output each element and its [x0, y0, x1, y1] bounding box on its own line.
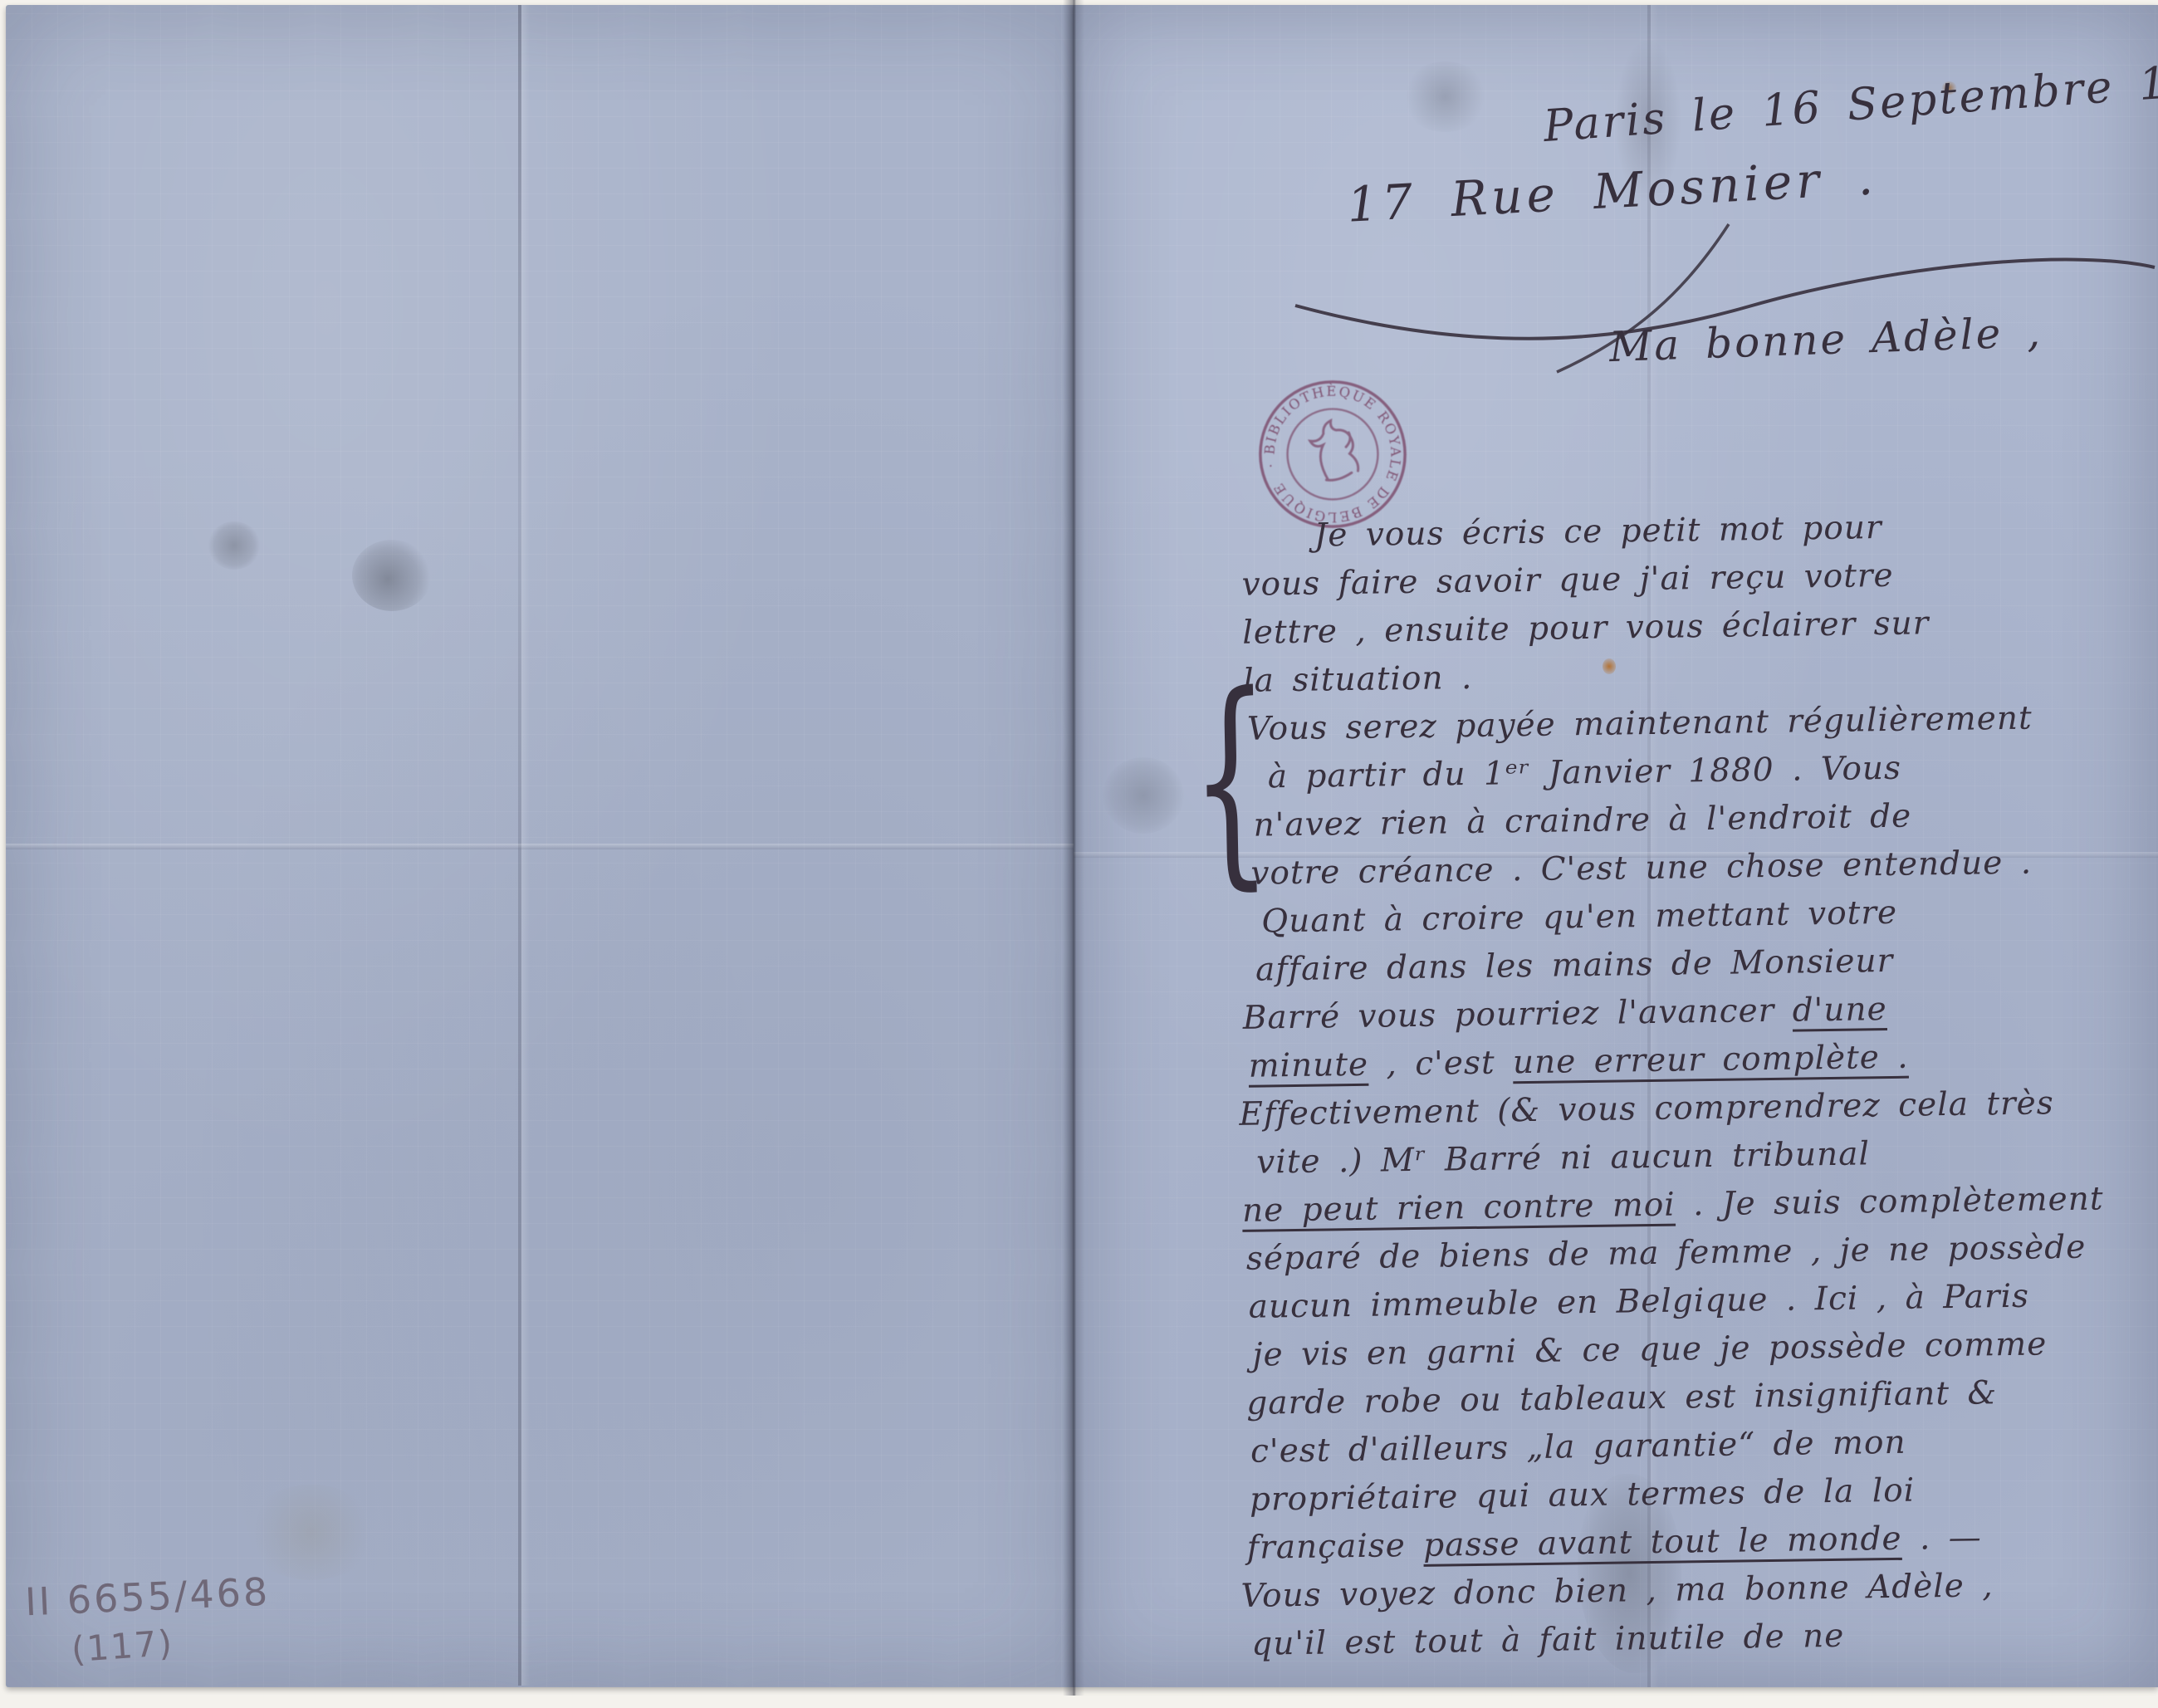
center-fold — [1063, 0, 1084, 1696]
stain — [1402, 61, 1489, 132]
stain — [208, 521, 261, 570]
fold-crease-horizontal-left — [6, 844, 1074, 849]
address-flourish — [1237, 199, 2158, 415]
copy-number: (117) — [70, 1622, 174, 1670]
letter-body: Je vous écris ce petit mot pourvous fair… — [1240, 500, 2158, 1668]
scanned-letter: · BIBLIOTHÈQUE ROYALE DE BELGIQUE Paris … — [0, 0, 2158, 1708]
stain — [352, 540, 432, 611]
stamp-lion-icon — [1306, 416, 1361, 483]
stain — [1103, 757, 1184, 834]
stain — [245, 1485, 378, 1580]
